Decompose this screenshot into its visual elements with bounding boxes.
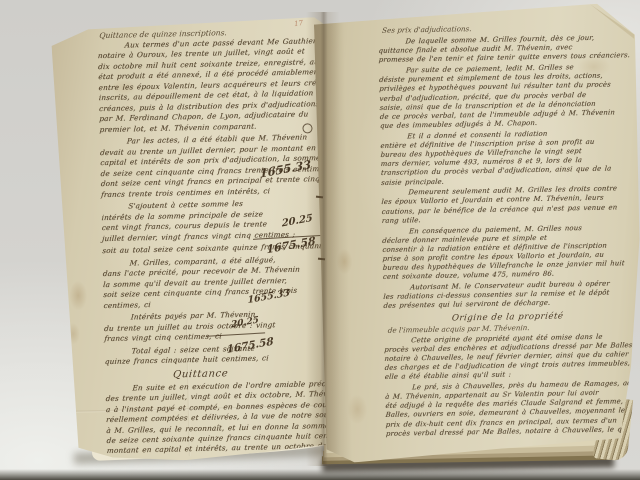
- section-heading-quittance: Quittance: [173, 366, 326, 380]
- paper-stain: [347, 394, 368, 424]
- paper-stain: [66, 323, 80, 345]
- manuscript-paragraph: Intérêts payés par M. Thévenindu trente …: [104, 308, 325, 344]
- manuscript-paragraph: De laquelle somme M. Grilles fournit, dè…: [378, 33, 626, 65]
- manuscript-paragraph: Par suite de ce paiement, ledit M. Grill…: [379, 62, 628, 131]
- table-edge-shadow: [0, 469, 640, 480]
- manuscript-paragraph: Cette origine de propriété ayant été omi…: [384, 332, 633, 383]
- manuscript-paragraph: Demeurent seulement audit M. Grilles les…: [381, 184, 630, 225]
- manuscript-paragraph: Autorisant M. le Conservateur audit bure…: [383, 279, 631, 311]
- manuscript-paragraph: Aux termes d'un acte passé devant Me Gau…: [97, 36, 319, 135]
- manuscript-paragraph: En suite et en exécution de l'ordre amia…: [105, 379, 327, 457]
- photograph-of-manuscript: 17 Quittance de quinze inscriptions. Aux…: [0, 0, 640, 480]
- right-page-text: Ses prix d'adjudications. De laquelle so…: [378, 21, 634, 440]
- left-page: 17 Quittance de quinze inscriptions. Aux…: [51, 17, 335, 463]
- paper-stain: [336, 248, 352, 274]
- manuscript-paragraph: M. Grilles, comparant, a été allégué,dan…: [102, 254, 323, 311]
- right-page: Ses prix d'adjudications. De laquelle so…: [314, 3, 640, 463]
- manuscript-paragraph: En conséquence du paiement, M. Grilles n…: [382, 223, 631, 283]
- manuscript-paragraph: Total égal : seize cent soixantequinze f…: [104, 342, 324, 368]
- paper-stain: [69, 280, 88, 310]
- manuscript-paragraph: Et il a donné et consenti la radiationen…: [380, 128, 629, 188]
- manuscript-paragraph: Le pré, sis à Chauvelles, près du hameau…: [385, 379, 634, 439]
